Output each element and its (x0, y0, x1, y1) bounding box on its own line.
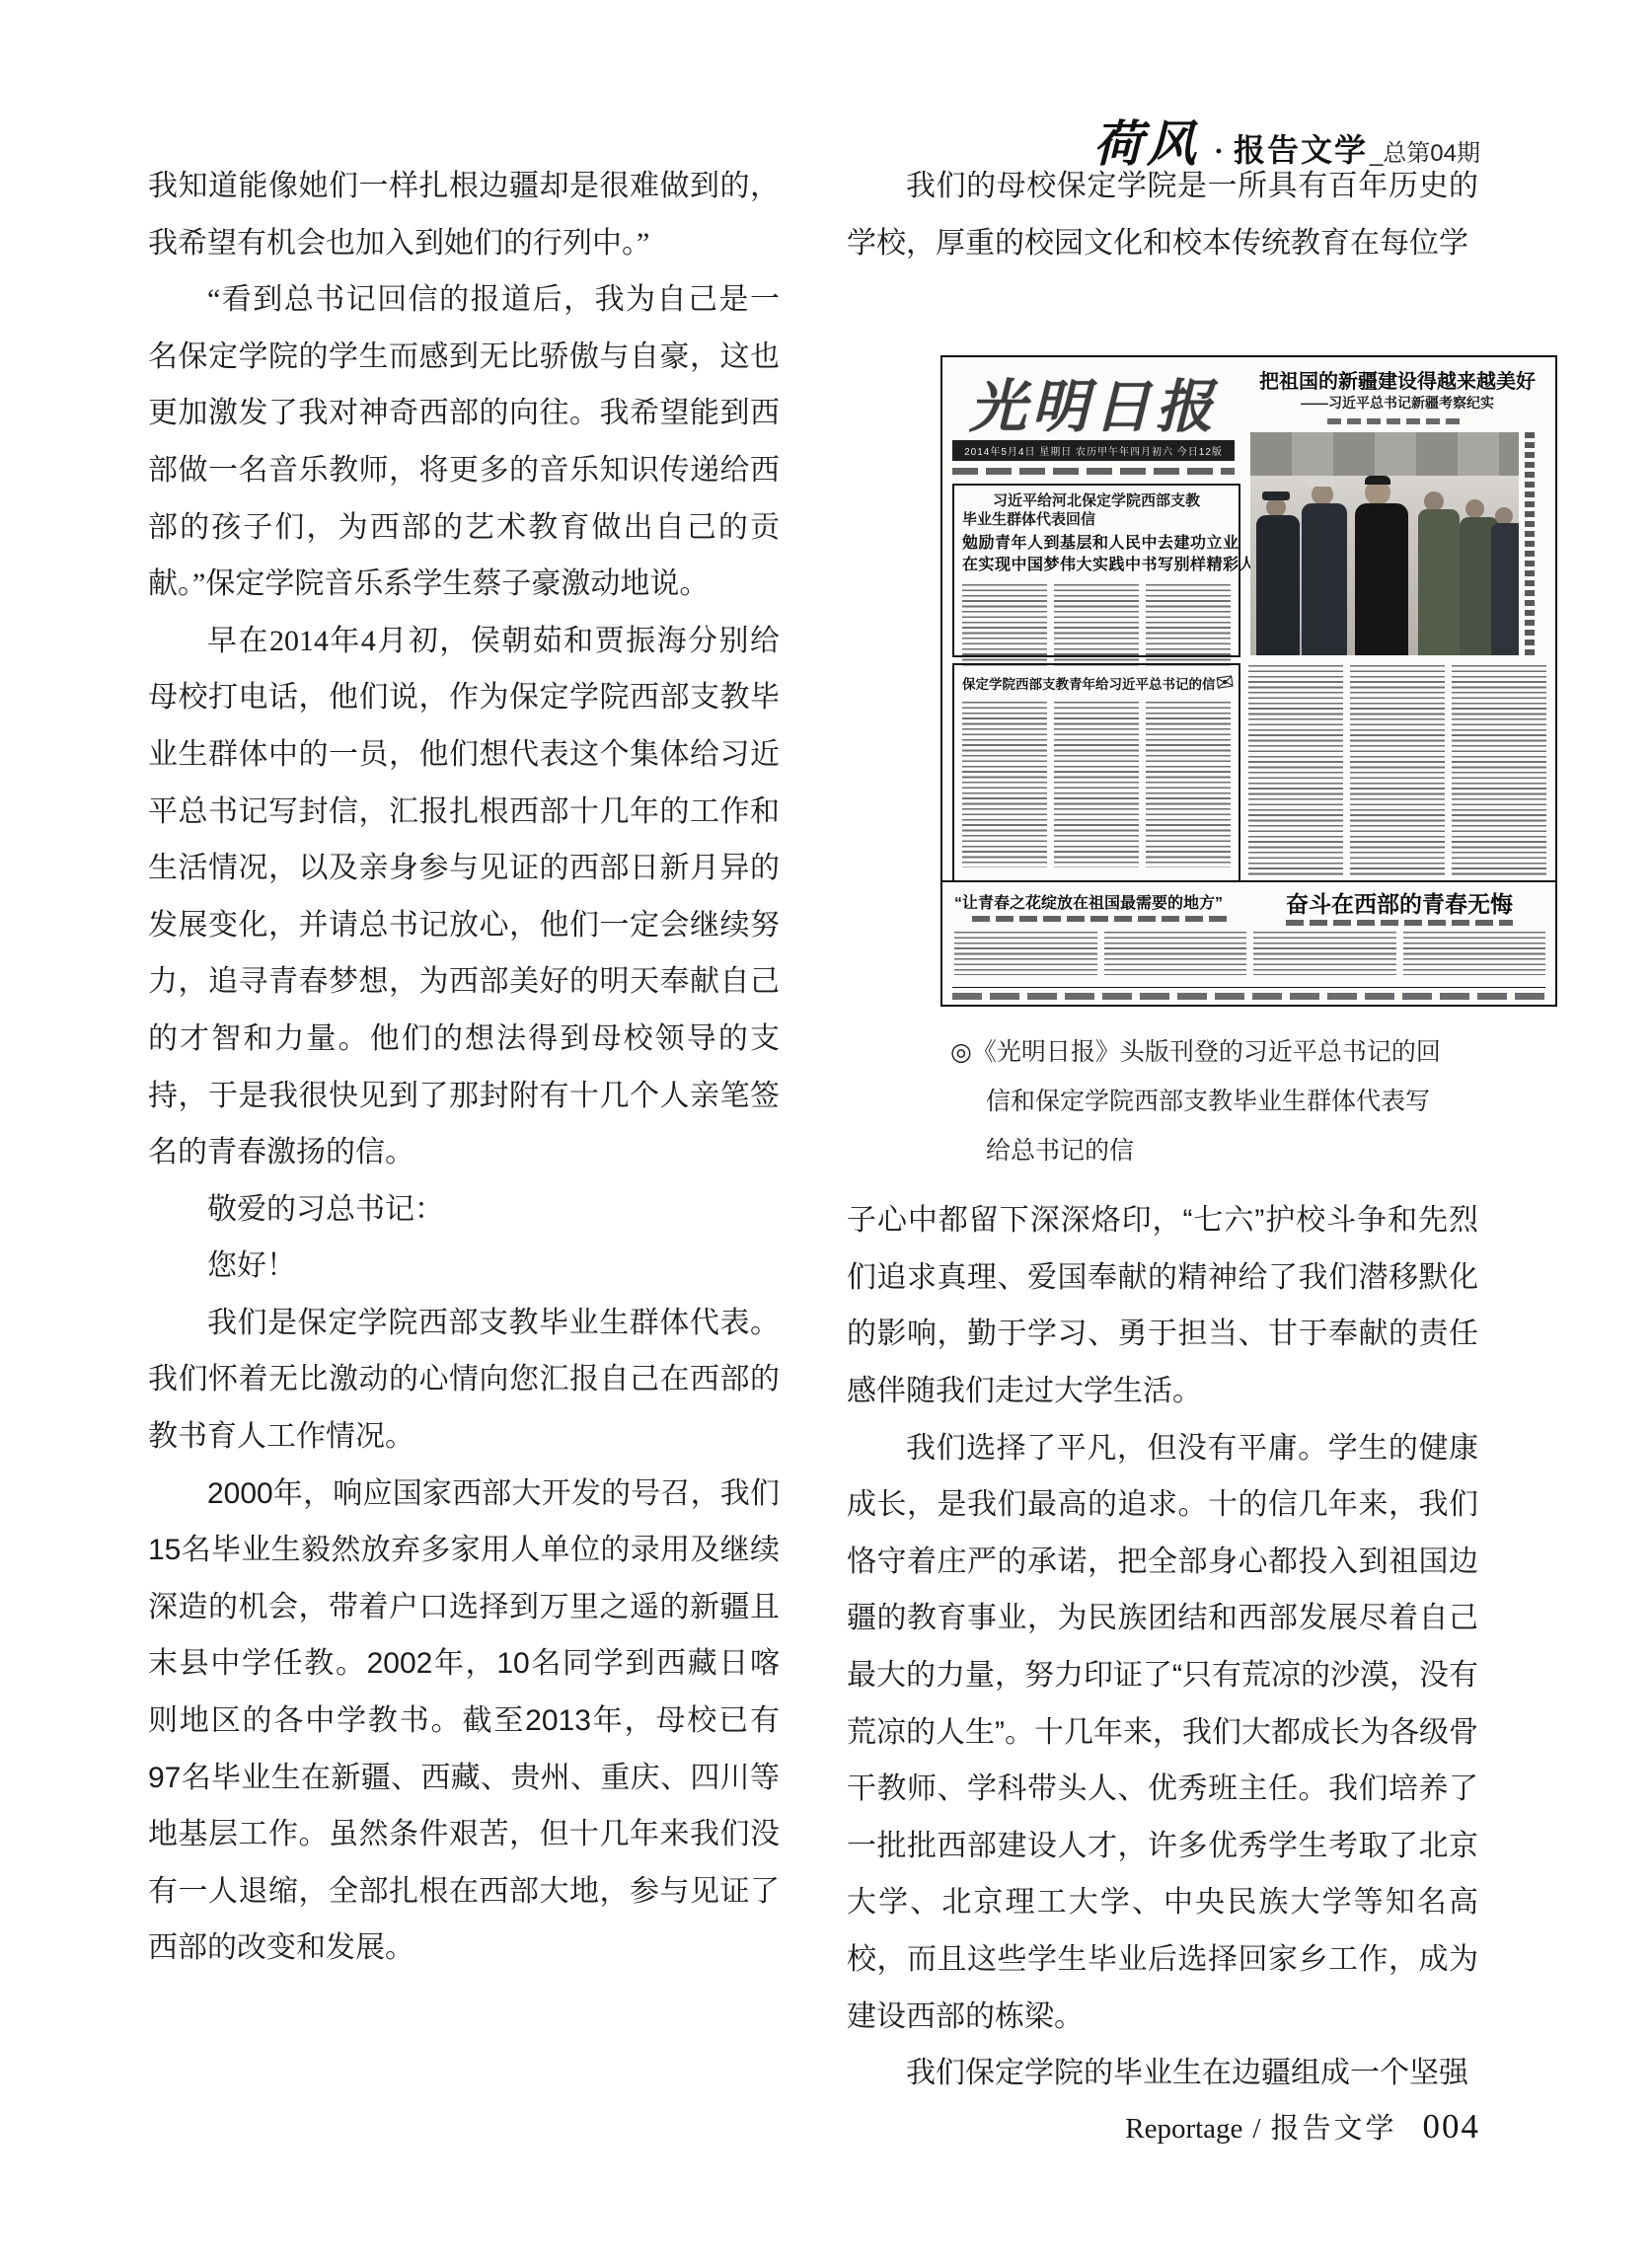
band-right-columns (1253, 932, 1545, 975)
simulated-text-column (954, 932, 1097, 975)
newspaper-lead-article-box: 习近平给河北保定学院西部支教 毕业生群体代表回信 勉励青年人到基层和人民中去建功… (952, 484, 1240, 657)
simulated-text-column (962, 584, 1047, 669)
photo-figure-body (1256, 515, 1300, 655)
newspaper-masthead: 光明日报 (952, 367, 1235, 436)
footer-reportage-label: Reportage (1125, 2113, 1242, 2146)
paragraph: 我们保定学院的毕业生在边疆组成一个坚强 (847, 2045, 1478, 2102)
photo-figure-head (1465, 499, 1484, 518)
photo-figure-body (1302, 503, 1347, 655)
lead-article-body-columns (962, 584, 1231, 669)
paragraph: 我们选择了平凡，但没有平庸。学生的健康成长，是我们最高的追求。十的信几年来，我们… (847, 1420, 1478, 2046)
simulated-text-column (1253, 932, 1396, 975)
newspaper-letter-box: 保定学院西部支教青年给习近平总书记的信 ✉ (952, 663, 1240, 882)
magazine-page: 荷风 · 报告文学 _总第04期 我知道能像她们一样扎根边疆却是很难做到的，我希… (0, 0, 1652, 2261)
band-left-headline: “让青春之花绽放在祖国最需要的地方” (954, 890, 1246, 913)
simulated-text-column (1104, 932, 1247, 975)
simulated-text-column (1146, 702, 1231, 867)
photo-figure-body-camo (1418, 509, 1460, 655)
page-footer: Reportage / 报告文学 004 (1125, 2106, 1480, 2147)
newspaper-date-bar: 2014年5月4日 星期日 农历甲午年四月初六 今日12版 (952, 440, 1235, 461)
right-column-text-before-figure: 我们的母校保定学院是一所具有百年历史的学校，厚重的校园文化和校本传统教育在每位学 (847, 158, 1478, 271)
photo-figure-body-xi (1355, 503, 1408, 655)
photo-figure-cap (1262, 491, 1290, 500)
simulated-text-column (1054, 702, 1139, 867)
under-photo-text-columns (1248, 665, 1546, 876)
simulated-text-column (962, 702, 1047, 867)
newspaper-foot-rule (952, 987, 1545, 988)
letter-box-body-columns (962, 702, 1231, 867)
photo-figure-cap (1307, 477, 1338, 487)
paragraph: 我知道能像她们一样扎根边疆却是很难做到的，我希望有机会也加入到她们的行列中。” (148, 158, 780, 271)
newspaper-photo (1250, 432, 1519, 655)
band-left-subtitle-line (972, 916, 1231, 922)
band-right-subtitle-line (1286, 920, 1513, 926)
lead-article-kicker-line1: 习近平给河北保定学院西部支教 (962, 491, 1231, 510)
newspaper-top-right-subhead: ——习近平总书记新疆考察纪实 (1248, 393, 1546, 413)
photo-figure-head (1266, 497, 1286, 517)
simulated-text-column (1350, 665, 1445, 876)
band-left-columns (954, 932, 1246, 975)
letter-box-header: 保定学院西部支教青年给习近平总书记的信 ✉ (962, 672, 1231, 694)
newspaper-bottom-band: “让青春之花绽放在祖国最需要的地方” 奋斗在西部的青春无悔 (942, 880, 1555, 981)
figure-caption: ◎《光明日报》头版刊登的习近平总书记的回信和保定学院西部支教毕业生群体代表写给总… (950, 1028, 1452, 1176)
paragraph: “看到总书记回信的报道后，我为自己是一名保定学院的学生而感到无比骄傲与自豪，这也… (148, 271, 780, 613)
photo-figure-hair (1365, 476, 1390, 485)
newspaper-foot-line (952, 993, 1545, 1000)
right-column-text-after-figure: 子心中都留下深深烙印，“七六”护校斗争和先烈们追求真理、爱国奉献的精神给了我们潜… (847, 1192, 1478, 2102)
paragraph: 我们的母校保定学院是一所具有百年历史的学校，厚重的校园文化和校本传统教育在每位学 (847, 158, 1478, 271)
newspaper-byline-line (1327, 418, 1465, 424)
simulated-text-column (1452, 665, 1546, 876)
simulated-text-column (1248, 665, 1343, 876)
newspaper-top-right-headline: 把祖国的新疆建设得越来越美好 (1248, 365, 1546, 394)
simulated-text-column (1403, 932, 1546, 975)
photo-vertical-caption-strip (1525, 432, 1535, 655)
photo-backdrop (1250, 432, 1519, 476)
right-column: 我们的母校保定学院是一所具有百年历史的学校，厚重的校园文化和校本传统教育在每位学… (847, 158, 1478, 2102)
lead-article-headline-line1: 勉励青年人到基层和人民中去建功立业 (962, 533, 1231, 555)
paragraph: 早在2014年4月初，侯朝茹和贾振海分别给母校打电话，他们说，作为保定学院西部支… (148, 613, 780, 1181)
simulated-text-column (1146, 584, 1231, 669)
paragraph: 子心中都留下深深烙印，“七六”护校斗争和先烈们追求真理、爱国奉献的精神给了我们潜… (847, 1192, 1478, 1419)
paragraph: 2000年，响应国家西部大开发的号召，我们15名毕业生毅然放弃多家用人单位的录用… (148, 1466, 780, 1977)
envelope-icon: ✉ (1214, 671, 1235, 695)
lead-article-kicker-line2: 毕业生群体代表回信 (962, 510, 1231, 529)
footer-section-label: 报告文学 (1270, 2106, 1396, 2147)
left-column: 我知道能像她们一样扎根边疆却是很难做到的，我希望有机会也加入到她们的行列中。”“… (148, 158, 780, 1977)
newspaper-scan-figure: 光明日报 2014年5月4日 星期日 农历甲午年四月初六 今日12版 习近平给河… (940, 355, 1557, 1007)
band-right-headline: 奋斗在西部的青春无悔 (1253, 886, 1545, 919)
footer-page-number: 004 (1423, 2107, 1481, 2147)
lead-article-headline-line2: 在实现中国梦伟大实践中书写别样精彩人生 (962, 555, 1231, 576)
simulated-text-column (1054, 584, 1139, 669)
newspaper-info-line (952, 468, 1235, 475)
paragraph: 敬爱的习总书记： (148, 1181, 780, 1239)
photo-figure-head (1424, 491, 1444, 511)
photo-figure-head (1312, 484, 1333, 505)
paragraph: 我们是保定学院西部支教毕业生群体代表。我们怀着无比激动的心情向您汇报自己在西部的… (148, 1295, 780, 1466)
photo-figure-body (1491, 523, 1519, 655)
paragraph: 您好！ (148, 1238, 780, 1295)
footer-slash: / (1252, 2113, 1260, 2146)
letter-box-title: 保定学院西部支教青年给习近平总书记的信 (962, 673, 1216, 693)
